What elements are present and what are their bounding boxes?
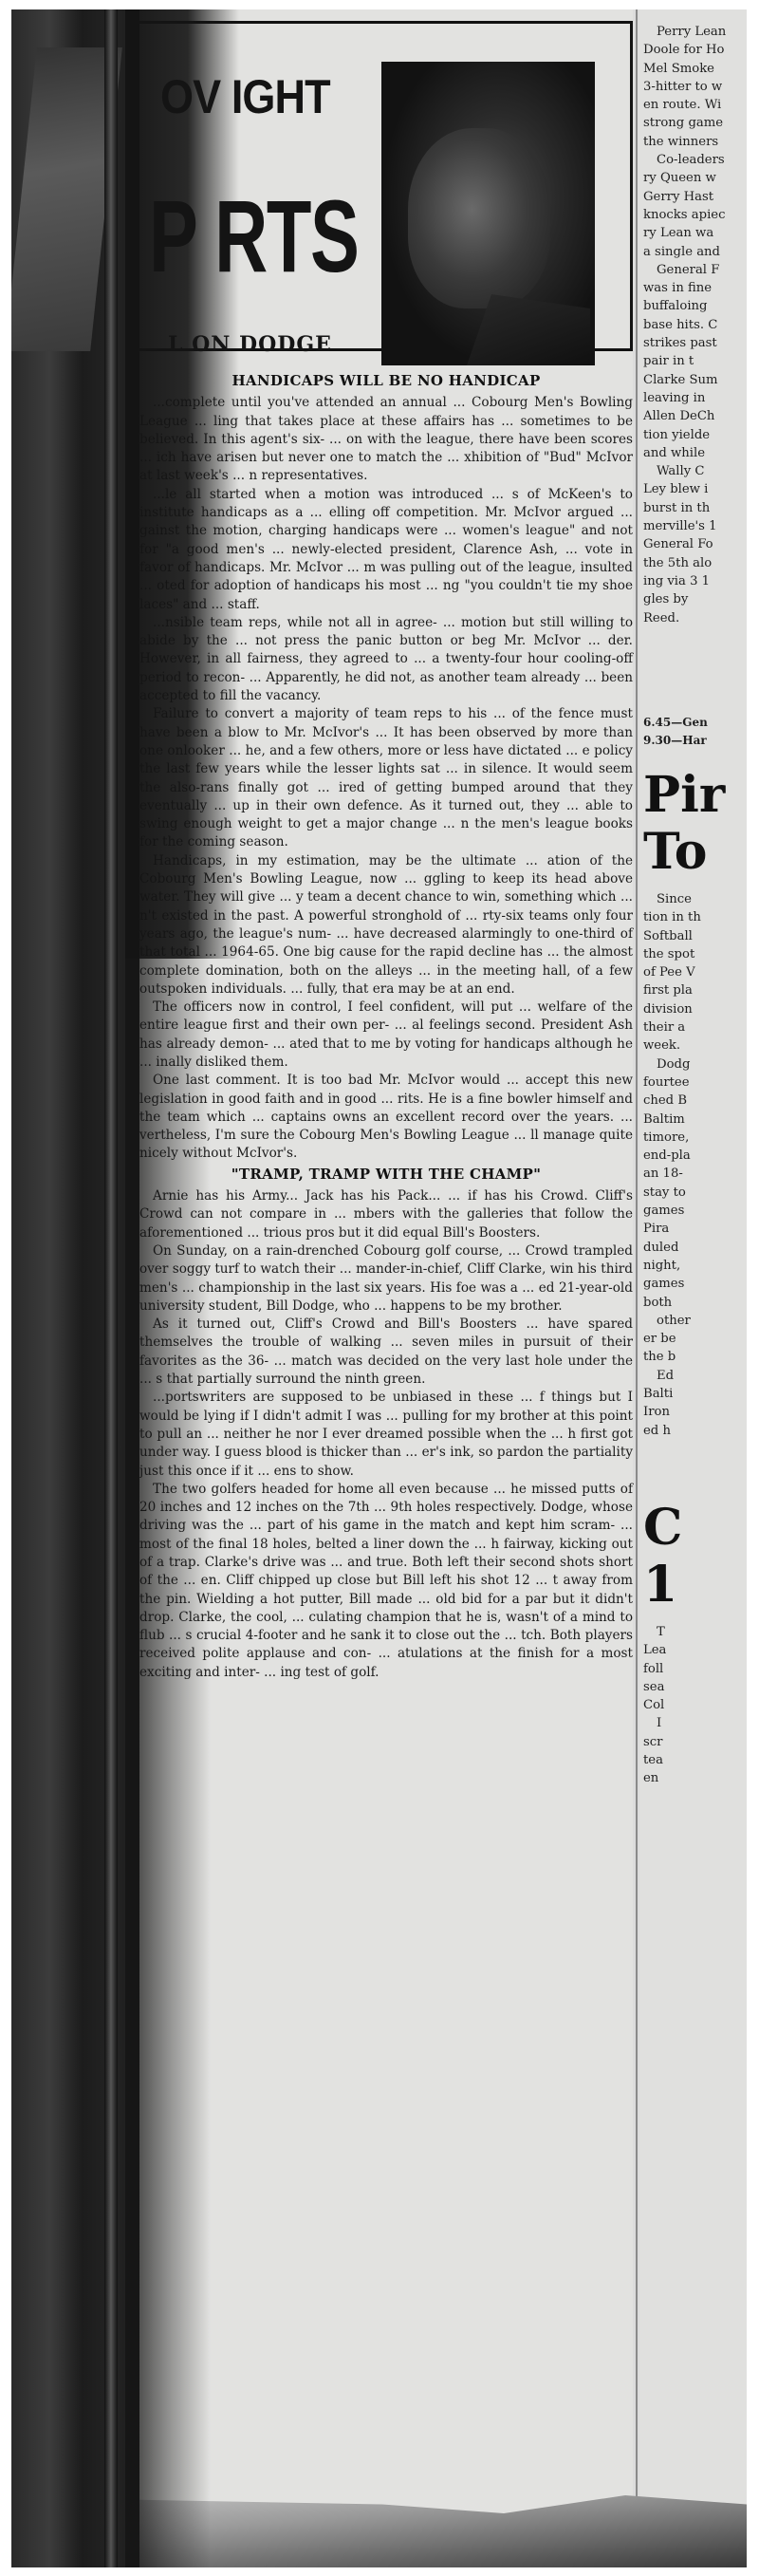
column-line: week.	[643, 1036, 747, 1055]
column-line: ry Queen w	[643, 169, 747, 187]
column-line: stay to	[643, 1184, 747, 1202]
binding-strip	[104, 9, 118, 2567]
column-line: both	[643, 1294, 747, 1312]
adjacent-column: Perry LeanDoole for HoMel Smoke3-hitter …	[639, 9, 747, 2567]
column-line: T	[643, 1623, 747, 1641]
column-line: Clarke Sum	[643, 371, 747, 389]
portrait-face	[408, 128, 550, 308]
article-paragraph: The two golfers headed for home all even…	[139, 1481, 633, 1682]
column-line: C	[643, 1500, 747, 1557]
column-line: timore,	[643, 1129, 747, 1147]
article-paragraph: The officers now in control, I feel conf…	[139, 999, 633, 1072]
column-line: scr	[643, 1733, 747, 1751]
article-paragraph: As it turned out, Cliff's Crowd and Bill…	[139, 1316, 633, 1389]
column-line: sea	[643, 1678, 747, 1696]
column-line: the 5th alo	[643, 554, 747, 572]
page-shadow-lower	[125, 959, 211, 2567]
column-line: er be	[643, 1330, 747, 1348]
column-line: strikes past	[643, 334, 747, 352]
column-line: Softball	[643, 927, 747, 945]
column-line: en route. Wi	[643, 96, 747, 114]
column-line: Col	[643, 1696, 747, 1714]
column-line: tion yielde	[643, 426, 747, 444]
headline-second: C1	[643, 1500, 747, 1614]
column-line: end-pla	[643, 1147, 747, 1165]
column-line: General Fo	[643, 535, 747, 553]
column-line: pair in t	[643, 352, 747, 370]
column-line: leaving in	[643, 389, 747, 407]
headline-pirates: PirTo	[643, 767, 747, 881]
column-line: ed h	[643, 1422, 747, 1440]
column-line: Mel Smoke	[643, 60, 747, 78]
column-line: Doole for Ho	[643, 41, 747, 59]
column-line: the b	[643, 1348, 747, 1366]
column-rule	[636, 9, 638, 2567]
column-line: Pir	[643, 767, 747, 824]
column-line: the winners	[643, 133, 747, 151]
page-shadow-upper	[125, 9, 239, 959]
column-line: burst in th	[643, 499, 747, 517]
section-subhead: "TRAMP, TRAMP WITH THE CHAMP"	[139, 1166, 633, 1184]
column-line: General F	[643, 261, 747, 279]
column-line: Balti	[643, 1385, 747, 1403]
column-line: a single and	[643, 243, 747, 261]
column-line: Gerry Hast	[643, 188, 747, 206]
column-line: Reed.	[643, 609, 747, 627]
column-line: games	[643, 1275, 747, 1293]
column-line: of Pee V	[643, 963, 747, 981]
column-line: and while	[643, 444, 747, 462]
newspaper-scan: OV IGHT P RTS L ON DODGE HANDICAPS WILL …	[11, 9, 747, 2567]
column-line: gles by	[643, 590, 747, 608]
column-line: other	[643, 1312, 747, 1330]
column-line: fourtee	[643, 1073, 747, 1092]
column-line: games	[643, 1202, 747, 1220]
column-line: merville's 1	[643, 517, 747, 535]
column-line: Since	[643, 890, 747, 908]
column-line: ched B	[643, 1092, 747, 1110]
article-paragraph: Arnie has his Army... Jack has his Pack.…	[139, 1187, 633, 1242]
columnist-portrait	[381, 62, 595, 365]
column-line: tea	[643, 1751, 747, 1769]
column-line: foll	[643, 1660, 747, 1678]
column-line: first pla	[643, 981, 747, 999]
column-line: To	[643, 824, 747, 881]
column-line: Ed	[643, 1367, 747, 1385]
column-line: 3-hitter to w	[643, 78, 747, 96]
column-line: strong game	[643, 114, 747, 132]
column-line: Iron	[643, 1403, 747, 1421]
article-paragraph: One last comment. It is too bad Mr. McIv…	[139, 1072, 633, 1163]
column-line: night,	[643, 1257, 747, 1275]
column-line: division	[643, 1000, 747, 1018]
column-line: Perry Lean	[643, 23, 747, 41]
column-line: tion in th	[643, 908, 747, 926]
column-line: base hits. C	[643, 316, 747, 334]
column-line: an 18-	[643, 1165, 747, 1183]
column-line: Allen DeCh	[643, 407, 747, 425]
column-line: Baltim	[643, 1111, 747, 1129]
column-line: 9.30—Har	[643, 732, 747, 750]
column-line: 1	[643, 1557, 747, 1614]
column-line: Lea	[643, 1641, 747, 1659]
column-line: en	[643, 1769, 747, 1787]
column-line: Ley blew i	[643, 480, 747, 498]
adjacent-story-top: Perry LeanDoole for HoMel Smoke3-hitter …	[643, 23, 747, 627]
column-line: buffaloing	[643, 297, 747, 315]
article-paragraph: ...portswriters are supposed to be unbia…	[139, 1389, 633, 1480]
column-line: was in fine	[643, 279, 747, 297]
column-line: Co-leaders	[643, 151, 747, 169]
column-line: their a	[643, 1018, 747, 1036]
column-line: I	[643, 1714, 747, 1732]
broadcast-schedule: 6.45—Gen9.30—Har	[643, 714, 747, 751]
adjacent-story-pirates: Sincetion in thSoftballthe spotof Pee Vf…	[643, 890, 747, 1440]
book-binding-shadow	[11, 9, 139, 2567]
column-line: Dodg	[643, 1055, 747, 1073]
column-line: the spot	[643, 945, 747, 963]
adjacent-story-second: TLeafollseaColIscrteaen	[643, 1623, 747, 1788]
column-line: 6.45—Gen	[643, 714, 747, 732]
article-paragraph: On Sunday, on a rain-drenched Cobourg go…	[139, 1242, 633, 1316]
column-line: duled	[643, 1239, 747, 1257]
column-line: Wally C	[643, 462, 747, 480]
column-line: Pira	[643, 1220, 747, 1238]
column-line: ing via 3 1	[643, 572, 747, 590]
column-line: ry Lean wa	[643, 224, 747, 242]
column-line: knocks apiec	[643, 206, 747, 224]
